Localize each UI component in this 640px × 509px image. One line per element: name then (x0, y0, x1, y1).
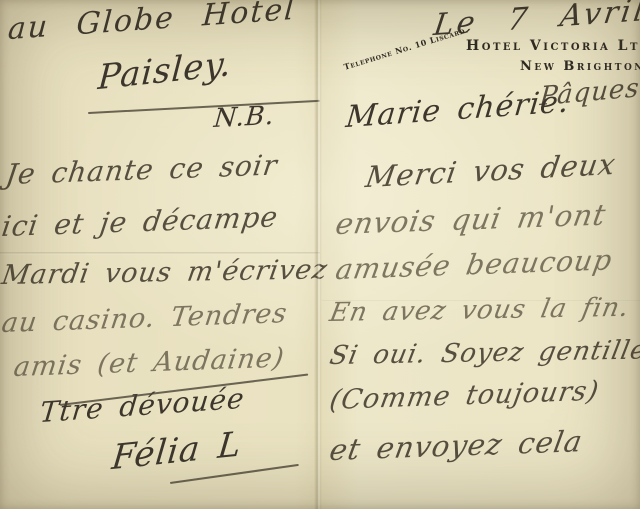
body-line: Merci vos deux (363, 147, 618, 194)
letterhead-telephone-note: Telephone No. 10 Liscard. (343, 24, 470, 72)
body-line: (Comme toujours) (327, 376, 601, 417)
body-line: En avez vous la fin. (327, 293, 632, 328)
body-line: et envoyez cela (327, 424, 586, 467)
body-line: amis (et Audaine) (12, 342, 287, 383)
letterhead-hotel-name: Hotel Victoria Ltd. (466, 38, 640, 54)
body-line: Mardi vous m'écrivez (0, 254, 330, 291)
address-line: N.B. (213, 101, 276, 134)
address-line: au Globe Hotel (7, 0, 297, 47)
greeting-line: Marie chérie. (344, 84, 571, 135)
body-line: Si oui. Soyez gentille (327, 335, 640, 371)
closing-line: Ttre dévouée (38, 382, 246, 430)
body-line: ici et je décampe (0, 200, 280, 243)
body-line: Je chante ce soir (4, 148, 280, 191)
body-line: au casino. Tendres (0, 298, 289, 339)
address-line: Paisley. (97, 44, 234, 99)
body-line: amusée beaucoup (333, 243, 615, 286)
date-line: Le 7 Avril (432, 0, 640, 43)
signature: Félia L (110, 424, 244, 478)
underline-flourish (88, 100, 320, 114)
letter-paper: au Globe Hotel Paisley. N.B. Je chante c… (0, 0, 640, 509)
letterhead-hotel-location: New Brighton. (520, 59, 640, 74)
body-line: envois qui m'ont (333, 197, 609, 241)
